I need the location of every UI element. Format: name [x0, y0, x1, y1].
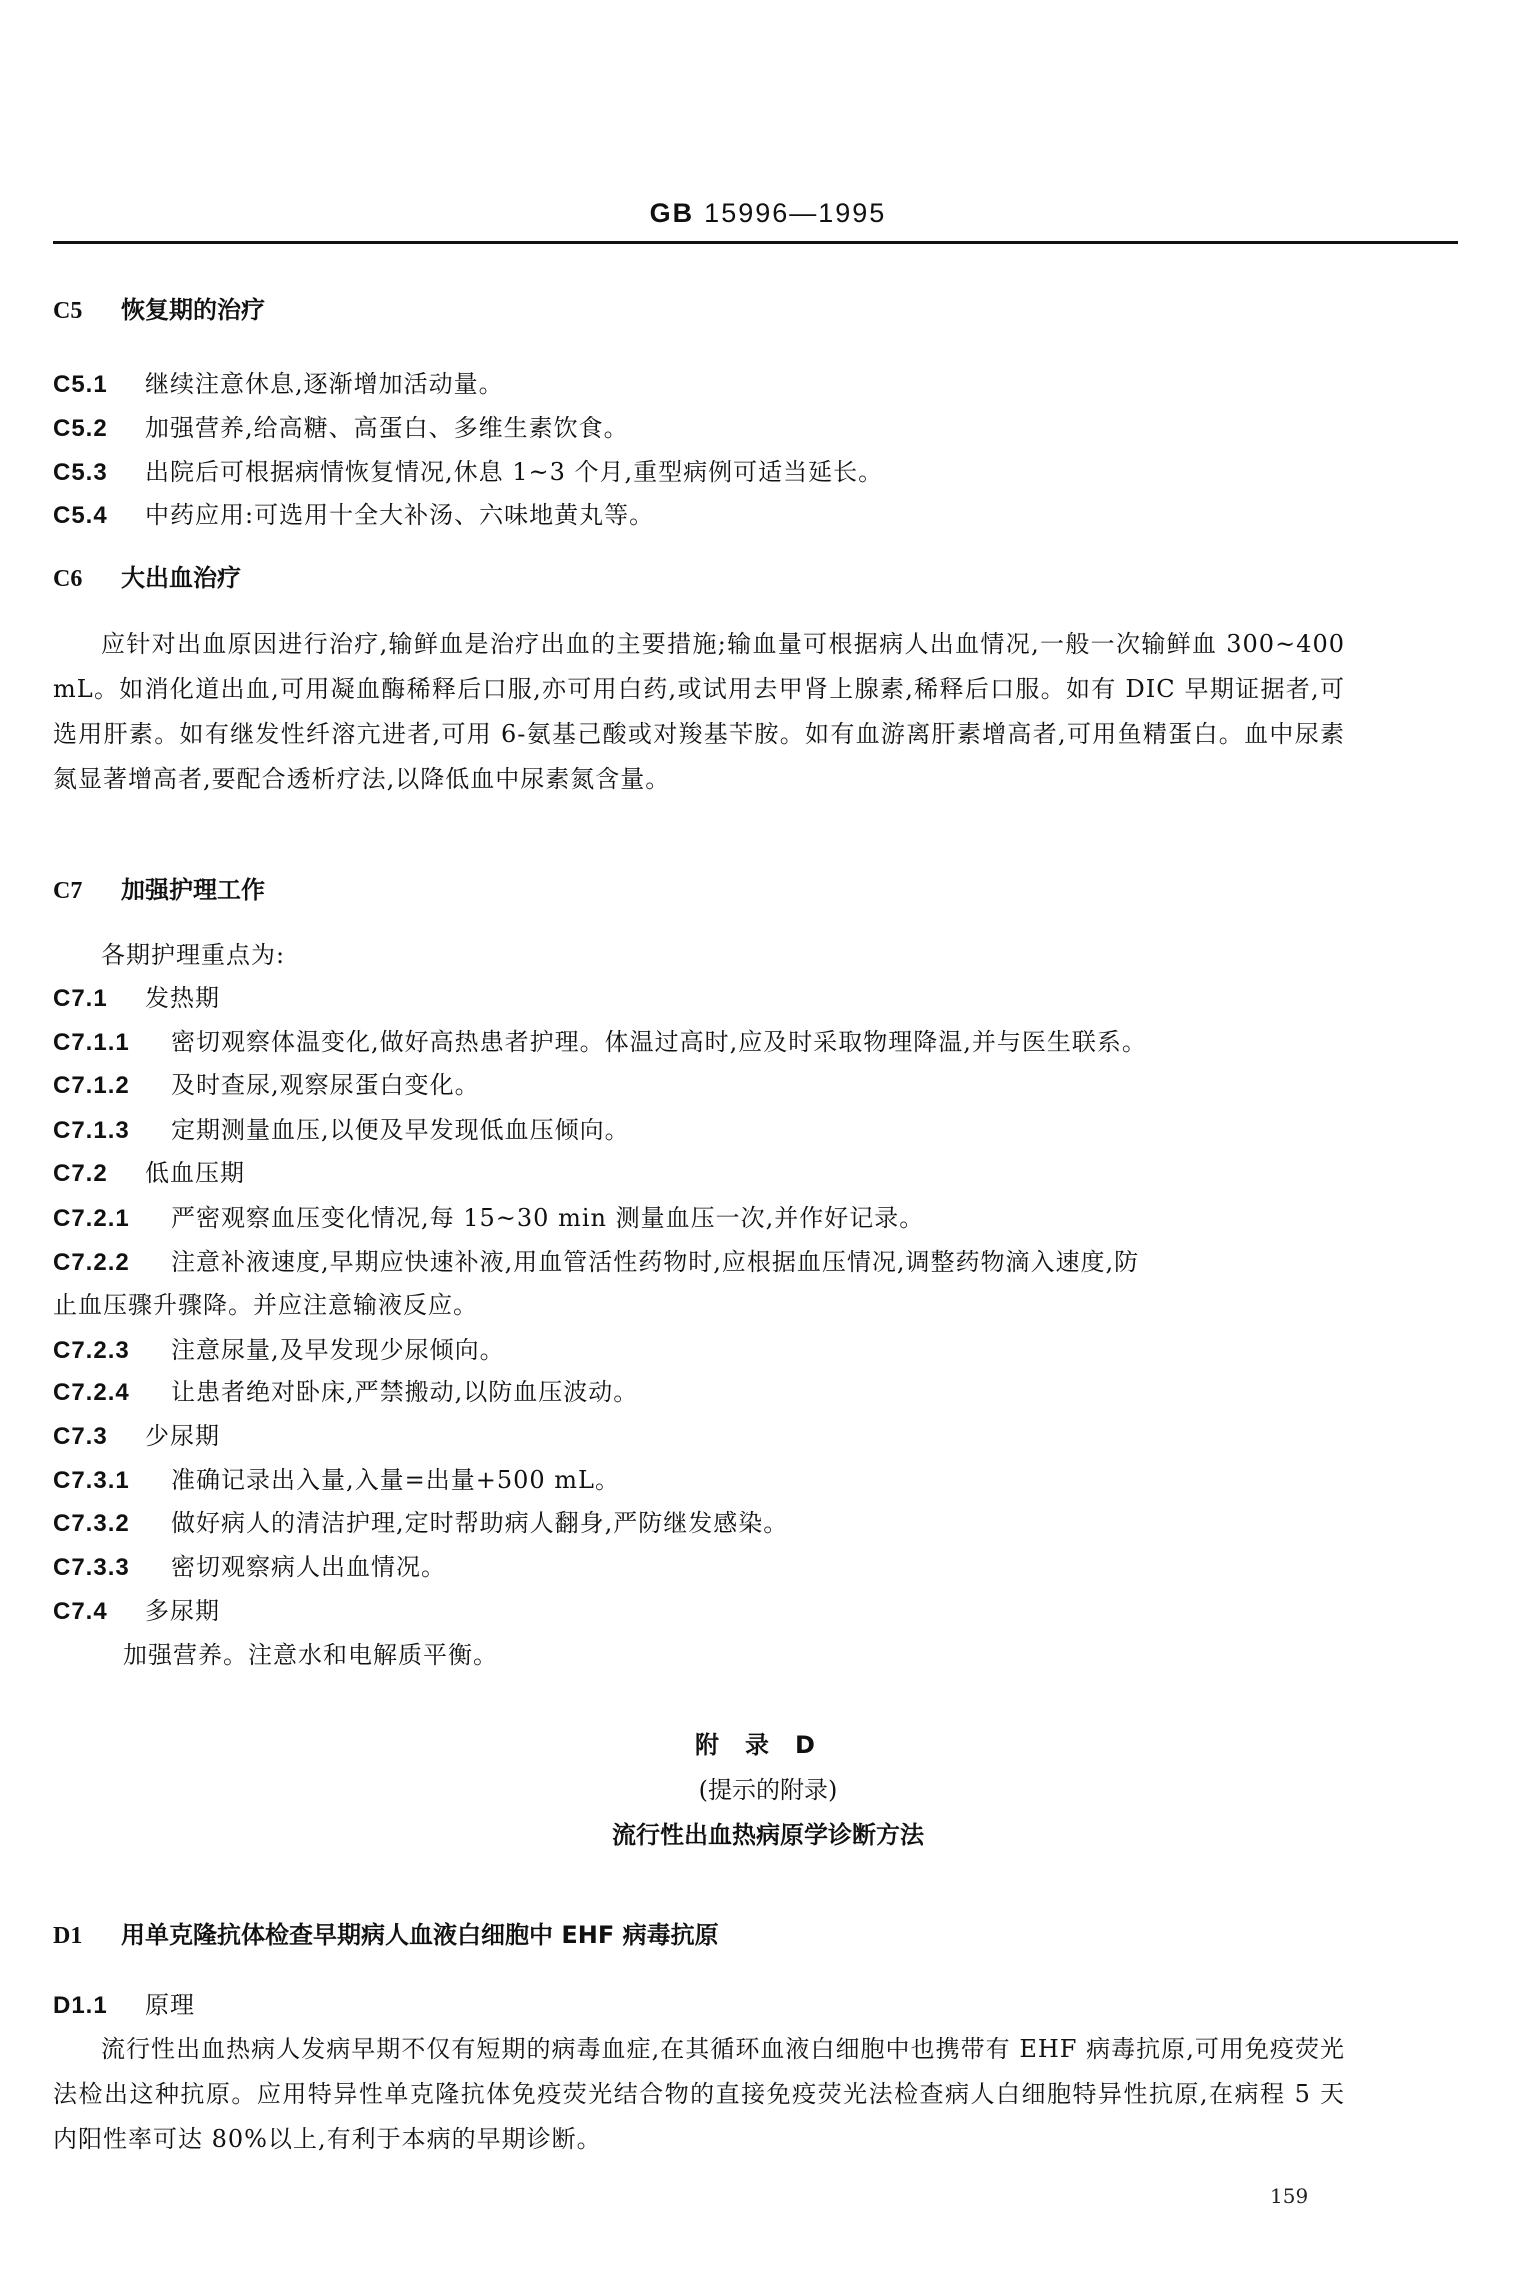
clause-c7-4-text: 加强营养。注意水和电解质平衡。 — [123, 1643, 498, 1667]
section-heading-c7: C7加强护理工作 — [53, 878, 265, 903]
clause-c5-3: C5.3出院后可根据病情恢复情况,休息 1~3 个月,重型病例可适当延长。 — [53, 460, 883, 485]
section-heading-c6: C6大出血治疗 — [53, 566, 241, 591]
clause-c5-1: C5.1继续注意休息,逐渐增加活动量。 — [53, 372, 504, 397]
clause-c7-2-2: C7.2.2注意补液速度,早期应快速补液,用血管活性药物时,应根据血压情况,调整… — [53, 1250, 1139, 1275]
clause-c7-1-1: C7.1.1密切观察体温变化,做好高热患者护理。体温过高时,应及时采取物理降温,… — [53, 1030, 1147, 1055]
paragraph-c6: 应针对出血原因进行治疗,输鲜血是治疗出血的主要措施;输血量可根据病人出血情况,一… — [53, 622, 1345, 802]
clause-c7-3-2: C7.3.2做好病人的清洁护理,定时帮助病人翻身,严防继发感染。 — [53, 1511, 788, 1536]
clause-c7-2-4: C7.2.4让患者绝对卧床,严禁搬动,以防血压波动。 — [53, 1380, 638, 1405]
clause-c7-2-1: C7.2.1严密观察血压变化情况,每 15~30 min 测量血压一次,并作好记… — [53, 1206, 924, 1231]
standard-prefix: GB — [650, 198, 695, 228]
clause-c7-2: C7.2低血压期 — [53, 1161, 245, 1186]
section-heading-c5: C5恢复期的治疗 — [53, 298, 265, 323]
page-number: 159 — [1270, 2186, 1308, 2206]
appendix-label: 附录D — [0, 1733, 1536, 1757]
clause-c7-3: C7.3少尿期 — [53, 1424, 220, 1449]
clause-c5-4: C5.4中药应用:可选用十全大补汤、六味地黄丸等。 — [53, 503, 654, 528]
appendix-type: (提示的附录) — [0, 1778, 1536, 1802]
standard-code: 15996—1995 — [704, 198, 886, 228]
clause-d1-1: D1.1原理 — [53, 1993, 195, 2018]
clause-c7-4: C7.4多尿期 — [53, 1599, 220, 1624]
page-header: GB15996—1995 — [0, 200, 1536, 227]
section-heading-d1: D1用单克隆抗体检查早期病人血液白细胞中 EHF 病毒抗原 — [53, 1923, 719, 1948]
clause-c5-2: C5.2加强营养,给高糖、高蛋白、多维生素饮食。 — [53, 416, 629, 441]
header-rule — [53, 241, 1458, 244]
clause-c7-1: C7.1发热期 — [53, 986, 220, 1011]
clause-c7-2-2-cont: 止血压骤升骤降。并应注意输液反应。 — [53, 1293, 478, 1317]
clause-c7-3-3: C7.3.3密切观察病人出血情况。 — [53, 1555, 446, 1580]
appendix-title: 流行性出血热病原学诊断方法 — [0, 1823, 1536, 1847]
clause-c7-1-2: C7.1.2及时查尿,观察尿蛋白变化。 — [53, 1073, 480, 1098]
clause-c7-1-3: C7.1.3定期测量血压,以便及早发现低血压倾向。 — [53, 1118, 630, 1143]
paragraph-d1-1: 流行性出血热病人发病早期不仅有短期的病毒血症,在其循环血液白细胞中也携带有 EH… — [53, 2027, 1345, 2162]
clause-c7-2-3: C7.2.3注意尿量,及早发现少尿倾向。 — [53, 1338, 505, 1363]
c7-intro: 各期护理重点为: — [101, 943, 285, 967]
clause-c7-3-1: C7.3.1准确记录出入量,入量=出量+500 mL。 — [53, 1468, 620, 1493]
